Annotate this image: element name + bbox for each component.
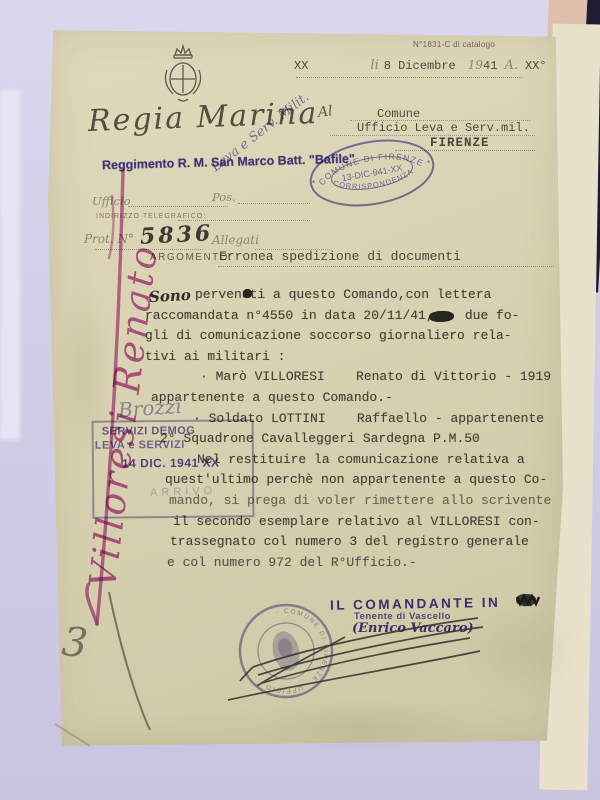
a-label: A. — [504, 58, 518, 73]
pos-label: Pos. — [212, 190, 236, 204]
scanned-letter-photo: N°1831-C di catalogo XXli8 Dicembre1941A… — [0, 0, 600, 800]
era-right: XX° — [525, 59, 547, 73]
year-printed: 19 — [468, 58, 483, 72]
li-label: li — [370, 58, 378, 73]
pos-rule — [238, 203, 310, 204]
date-typed: 8 Dicembre — [384, 59, 456, 73]
commander-name-stamp: (Enrico Vaccaro) — [352, 621, 474, 636]
body-line: appartenente a questo Comando.- — [151, 388, 565, 409]
date-line: XXli8 Dicembre1941A.XX° — [294, 58, 547, 73]
backdrop-fold-strip — [0, 90, 20, 440]
body-line: tivi ai militari : — [145, 347, 565, 368]
coat-of-arms-icon — [160, 42, 206, 104]
svg-text:*: * — [311, 178, 317, 189]
paper-stain — [460, 600, 590, 700]
recipient-line2: Ufficio Leva e Serv.mil. — [357, 121, 530, 135]
body-line: e col numero 972 del R°Ufficio.- — [167, 553, 565, 574]
al-handwritten: Al — [317, 103, 333, 120]
year-typed: 41 — [483, 59, 497, 73]
ink-blot-correction — [243, 289, 252, 298]
recipient-rule — [350, 120, 530, 121]
ink-scribble-blot — [516, 594, 536, 606]
recipient-line1: Comune — [377, 107, 420, 121]
allegati-label: Allegati — [212, 233, 259, 247]
argomento-rule — [218, 266, 554, 267]
arrivo-faint-stamp: ARRIVO — [150, 485, 217, 499]
ufficio-label: Ufficio — [92, 194, 131, 208]
body-line: gli di comunicazione soccorso giornalier… — [145, 326, 565, 347]
bottom-number-pencil: 3 — [60, 619, 90, 667]
date-rule — [296, 77, 522, 78]
paper-stain — [250, 700, 470, 750]
body-line: raccomandata n°4550 in data 20/11/41, du… — [145, 306, 565, 327]
body-line: · Marò VILLORESI Renato di Vittorio - 19… — [200, 367, 565, 388]
era-left: XX — [294, 59, 308, 73]
recipient-line3: FIRENZE — [430, 136, 490, 150]
crown-icon — [175, 46, 191, 55]
body-line: trassegnato col numero 3 del registro ge… — [170, 532, 565, 553]
svg-text:*: * — [426, 158, 432, 169]
catalog-number: N°1831-C di catalogo — [413, 40, 495, 49]
argomento-value: Erronea spedizione di documenti — [219, 249, 461, 264]
